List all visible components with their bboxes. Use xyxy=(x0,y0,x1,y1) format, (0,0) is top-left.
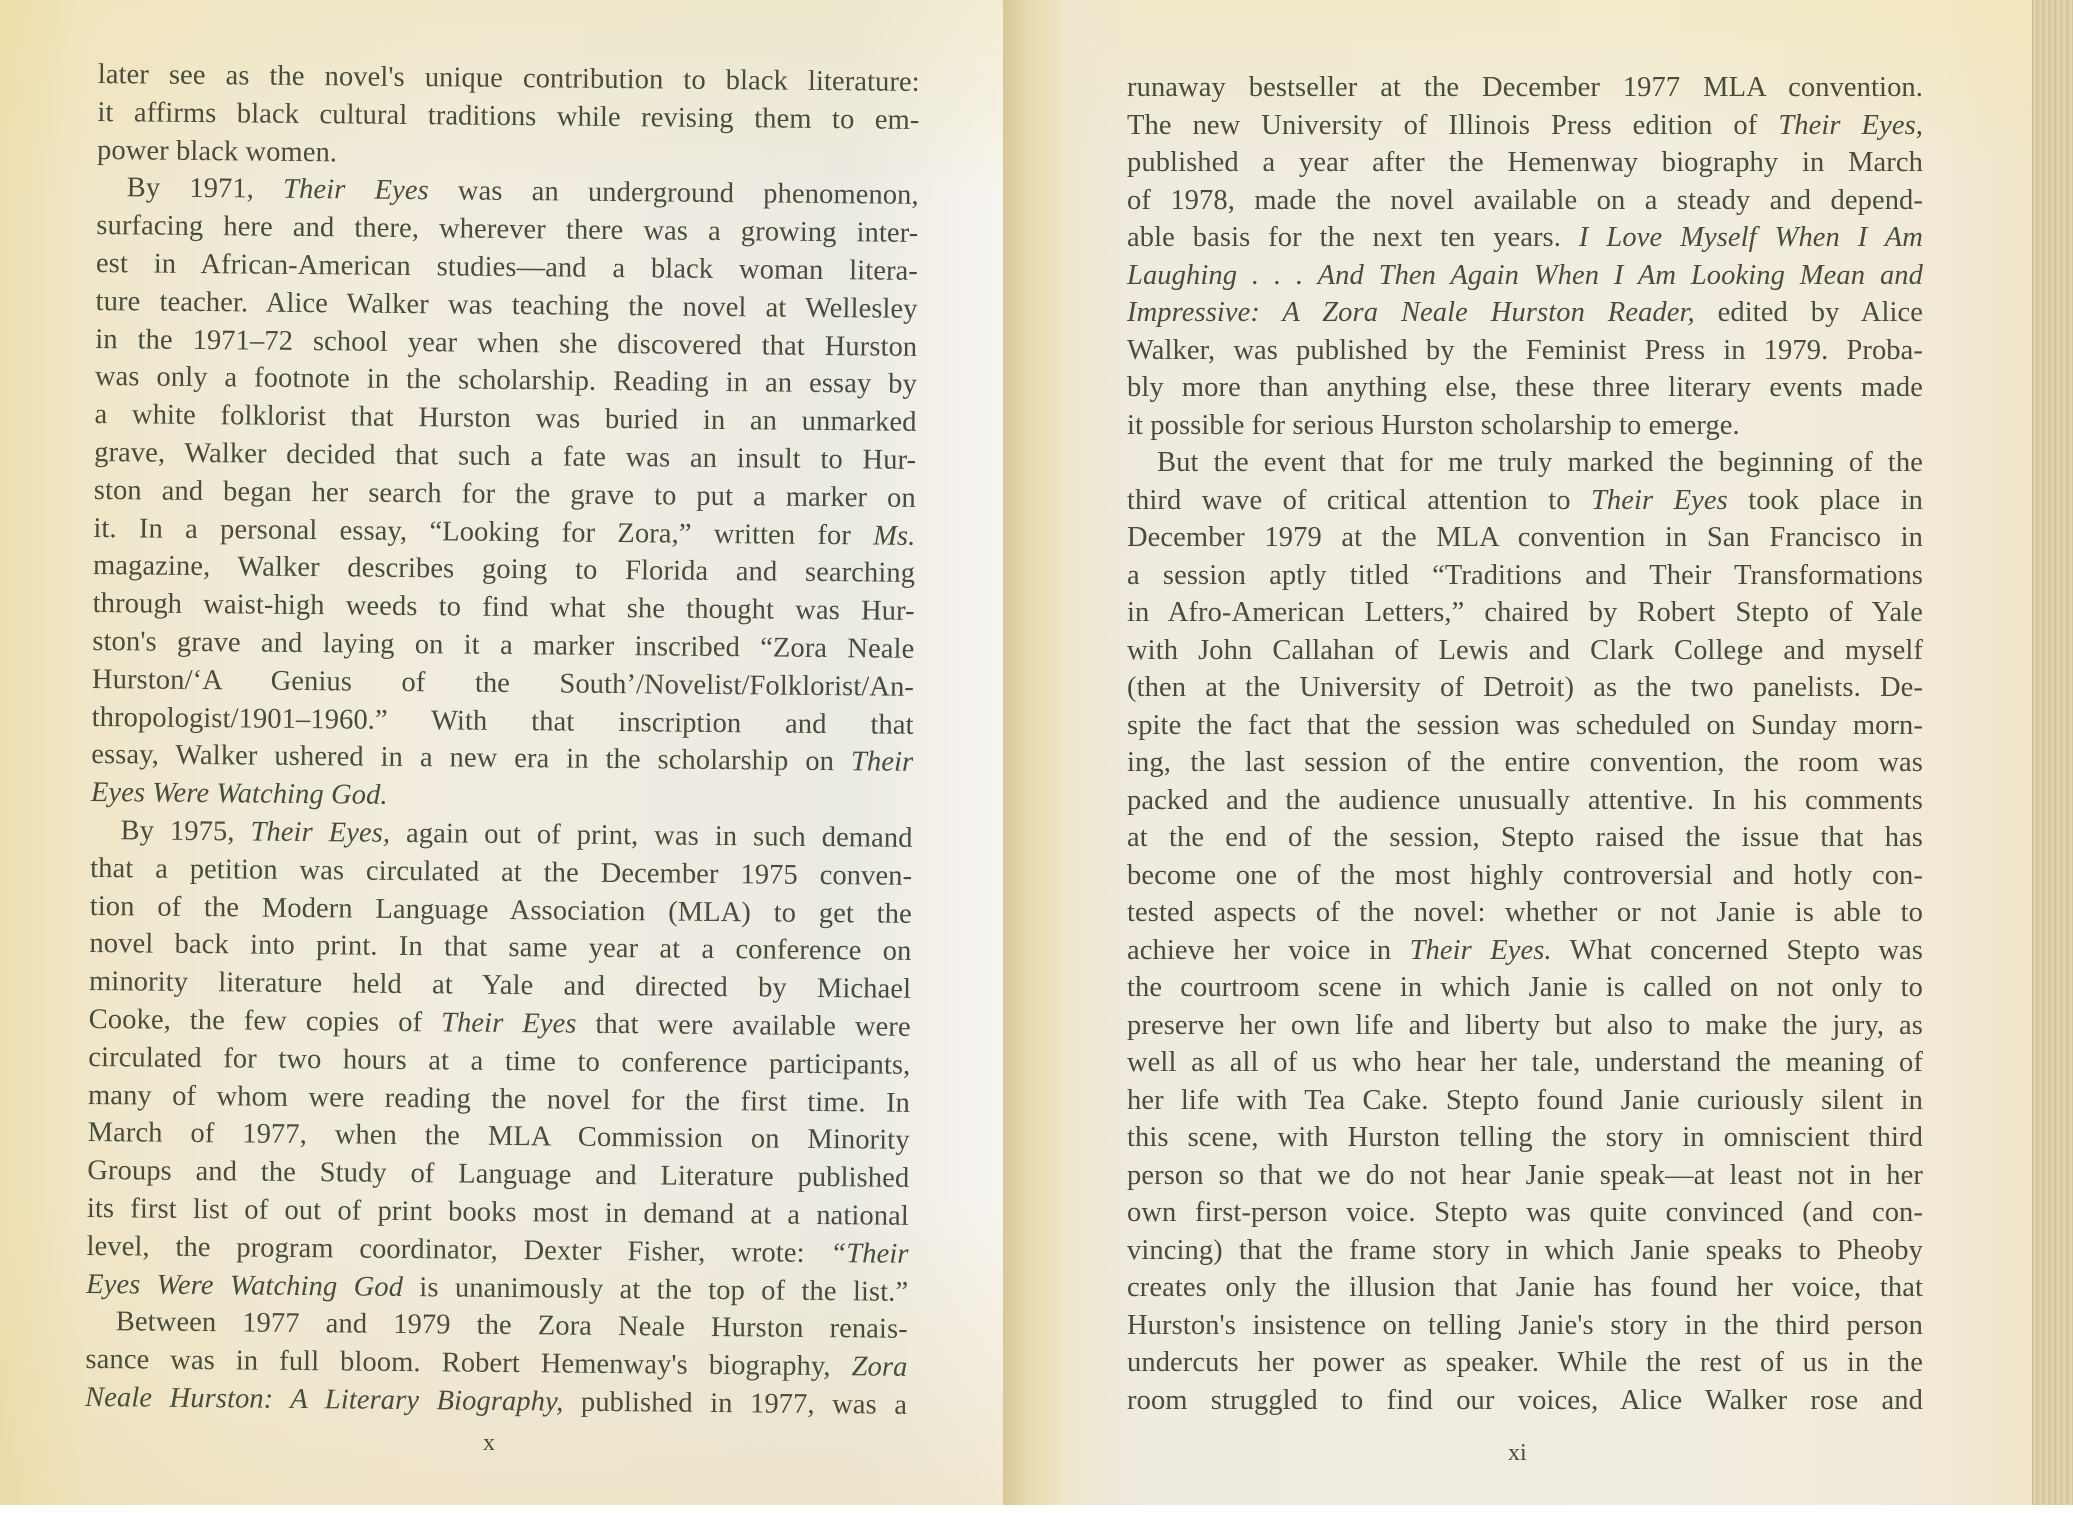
text-run: March of 1977, when the MLA Commission o… xyxy=(88,1117,910,1156)
text-run: that were available were xyxy=(576,1009,911,1043)
italic-title: Their xyxy=(851,747,914,779)
text-run: Walker, was published by the Feminist Pr… xyxy=(1127,335,1923,366)
italic-title: Their Eyes xyxy=(283,174,429,206)
text-run: spite the fact that the session was sche… xyxy=(1127,710,1923,741)
text-run: sance was in full bloom. Robert Hemenway… xyxy=(85,1344,851,1382)
text-line: packed and the audience unusually attent… xyxy=(1127,782,1923,820)
text-run: ing, the last session of the entire conv… xyxy=(1127,747,1923,778)
italic-title: Laughing . . . And Then Again When I Am … xyxy=(1127,260,1923,291)
italic-title: Eyes Were Watching God. xyxy=(91,777,388,811)
text-run: later see as the novel's unique contribu… xyxy=(98,59,920,98)
text-run: tested aspects of the novel: whether or … xyxy=(1127,897,1923,928)
italic-title: Impressive: A Zora Neale Hurston Reader, xyxy=(1127,297,1695,328)
text-run: was an underground phenomenon, xyxy=(429,176,919,212)
text-run: room struggled to find our voices, Alice… xyxy=(1127,1385,1923,1416)
text-line: the courtroom scene in which Janie is ca… xyxy=(1127,969,1923,1007)
text-line: this scene, with Hurston telling the sto… xyxy=(1127,1119,1923,1157)
text-line: Laughing . . . And Then Again When I Am … xyxy=(1127,257,1923,295)
italic-title: Their Eyes xyxy=(441,1007,577,1039)
text-run: published in 1977, was a xyxy=(563,1386,907,1420)
text-line: person so that we do not hear Janie spea… xyxy=(1127,1157,1923,1195)
text-run: ture teacher. Alice Walker was teaching … xyxy=(95,286,917,325)
text-run: the courtroom scene in which Janie is ca… xyxy=(1127,972,1923,1003)
left-page-body: later see as the novel's unique contribu… xyxy=(85,56,920,1425)
text-line: able basis for the next ten years. I Lov… xyxy=(1127,219,1923,257)
book-spread: later see as the novel's unique contribu… xyxy=(0,0,2073,1505)
text-line: bly more than anything else, these three… xyxy=(1127,369,1923,407)
right-page-number: xi xyxy=(1508,1440,1527,1467)
text-run: circulated for two hours at a time to co… xyxy=(88,1042,910,1081)
text-line: of 1978, made the novel available on a s… xyxy=(1127,182,1923,220)
italic-title: Zora xyxy=(851,1351,907,1383)
text-run: thropologist/1901–1960.” With that inscr… xyxy=(92,702,914,741)
italic-title: I Love Myself When I Am xyxy=(1579,222,1923,253)
italic-title: Eyes Were Watching God xyxy=(86,1268,403,1302)
text-line: (then at the University of Detroit) as t… xyxy=(1127,669,1923,707)
italic-title: Their Eyes. xyxy=(1410,935,1552,966)
text-line: ing, the last session of the entire conv… xyxy=(1127,744,1923,782)
text-run: a white folklorist that Hurston was buri… xyxy=(94,399,916,438)
text-line: room struggled to find our voices, Alice… xyxy=(1127,1382,1923,1420)
text-line: December 1979 at the MLA convention in S… xyxy=(1127,519,1923,557)
text-run: creates only the illusion that Janie has… xyxy=(1127,1272,1923,1303)
italic-title: Neale Hurston: A Literary Biography, xyxy=(85,1382,564,1418)
text-run: packed and the audience unusually attent… xyxy=(1127,785,1923,816)
page-fore-edge xyxy=(2032,0,2073,1505)
text-run: The new University of Illinois Press edi… xyxy=(1127,110,1778,141)
text-line: Neale Hurston: A Literary Biography, pub… xyxy=(85,1379,907,1425)
right-page-body: runaway bestseller at the December 1977 … xyxy=(1127,69,1923,1419)
text-run: through waist-high weeds to find what sh… xyxy=(93,588,915,627)
text-run: edited by Alice xyxy=(1695,297,1923,328)
text-run: third wave of critical attention to xyxy=(1127,485,1591,516)
text-run: ston's grave and laying on it a marker i… xyxy=(92,626,914,665)
text-line: But the event that for me truly marked t… xyxy=(1127,444,1923,482)
text-run: ston and began her search for the grave … xyxy=(94,475,916,514)
text-run: at the end of the session, Stepto raised… xyxy=(1127,822,1923,853)
text-run: By 1971, xyxy=(127,173,284,205)
text-line: third wave of critical attention to Thei… xyxy=(1127,482,1923,520)
text-line: her life with Tea Cake. Stepto found Jan… xyxy=(1127,1082,1923,1120)
text-line: a session aptly titled “Traditions and T… xyxy=(1127,557,1923,595)
text-run: become one of the most highly controvers… xyxy=(1127,860,1923,891)
text-run: well as all of us who hear her tale, und… xyxy=(1127,1047,1923,1078)
italic-title: Their Eyes xyxy=(1591,485,1728,516)
text-run: bly more than anything else, these three… xyxy=(1127,372,1923,403)
text-run: in Afro-American Letters,” chaired by Ro… xyxy=(1127,597,1923,628)
text-run: tion of the Modern Language Association … xyxy=(90,890,912,929)
text-line: undercuts her power as speaker. While th… xyxy=(1127,1344,1923,1382)
text-run: December 1979 at the MLA convention in S… xyxy=(1127,522,1923,553)
text-run: achieve her voice in xyxy=(1127,935,1410,966)
text-line: own first-person voice. Stepto was quite… xyxy=(1127,1194,1923,1232)
text-run: a session aptly titled “Traditions and T… xyxy=(1127,560,1923,591)
text-run: in the 1971–72 school year when she disc… xyxy=(95,324,917,363)
text-run: is unanimously at the top of the list.” xyxy=(403,1271,908,1307)
text-run: it possible for serious Hurston scholars… xyxy=(1127,410,1740,441)
text-run: But the event that for me truly marked t… xyxy=(1157,447,1923,478)
text-run: her life with Tea Cake. Stepto found Jan… xyxy=(1127,1085,1923,1116)
text-run: magazine, Walker describes going to Flor… xyxy=(93,550,915,589)
text-run: power black women. xyxy=(97,135,337,168)
italic-title: Their Eyes, xyxy=(250,816,390,848)
text-run: again out of print, was in such demand xyxy=(390,818,913,854)
text-line: spite the fact that the session was sche… xyxy=(1127,707,1923,745)
italic-title: “Their xyxy=(830,1238,909,1270)
text-run: essay, Walker ushered in a new era in th… xyxy=(91,739,851,777)
text-line: Impressive: A Zora Neale Hurston Reader,… xyxy=(1127,294,1923,332)
text-run: many of whom were reading the novel for … xyxy=(88,1079,910,1118)
text-run: What concerned Stepto was xyxy=(1552,935,1923,966)
text-run: person so that we do not hear Janie spea… xyxy=(1127,1160,1923,1191)
text-run: novel back into print. In that same year… xyxy=(89,928,911,967)
text-run: Between 1977 and 1979 the Zora Neale Hur… xyxy=(116,1307,908,1346)
text-run: By 1975, xyxy=(120,815,250,847)
text-run: est in African-American studies—and a bl… xyxy=(96,248,918,287)
text-line: it possible for serious Hurston scholars… xyxy=(1127,407,1923,445)
text-run: Groups and the Study of Language and Lit… xyxy=(87,1155,909,1194)
text-run: minority literature held at Yale and dir… xyxy=(89,966,911,1005)
text-line: preserve her own life and liberty but al… xyxy=(1127,1007,1923,1045)
text-run: took place in xyxy=(1728,485,1923,516)
text-run: of 1978, made the novel available on a s… xyxy=(1127,185,1923,216)
text-run: level, the program coordinator, Dexter F… xyxy=(86,1231,830,1269)
text-run: with John Callahan of Lewis and Clark Co… xyxy=(1127,635,1923,666)
text-run: was only a footnote in the scholarship. … xyxy=(95,361,917,400)
text-run: this scene, with Hurston telling the sto… xyxy=(1127,1122,1923,1153)
text-line: runaway bestseller at the December 1977 … xyxy=(1127,69,1923,107)
text-run: Cooke, the few copies of xyxy=(89,1004,442,1038)
text-run: published a year after the Hemenway biog… xyxy=(1127,147,1923,178)
left-page-number: x xyxy=(483,1430,495,1457)
text-run: vincing) that the frame story in which J… xyxy=(1127,1235,1923,1266)
italic-title: Ms. xyxy=(873,520,916,551)
text-line: Hurston's insistence on telling Janie's … xyxy=(1127,1307,1923,1345)
text-line: at the end of the session, Stepto raised… xyxy=(1127,819,1923,857)
text-line: vincing) that the frame story in which J… xyxy=(1127,1232,1923,1270)
text-line: in Afro-American Letters,” chaired by Ro… xyxy=(1127,594,1923,632)
text-line: Walker, was published by the Feminist Pr… xyxy=(1127,332,1923,370)
text-run: its first list of out of print books mos… xyxy=(87,1193,909,1232)
text-run: it affirms black cultural traditions whi… xyxy=(97,97,919,136)
text-run: runaway bestseller at the December 1977 … xyxy=(1127,72,1923,103)
text-run: it. In a personal essay, “Looking for Zo… xyxy=(93,513,873,551)
text-line: with John Callahan of Lewis and Clark Co… xyxy=(1127,632,1923,670)
text-line: tested aspects of the novel: whether or … xyxy=(1127,894,1923,932)
text-line: achieve her voice in Their Eyes. What co… xyxy=(1127,932,1923,970)
text-line: published a year after the Hemenway biog… xyxy=(1127,144,1923,182)
text-run: surfacing here and there, wherever there… xyxy=(96,210,918,249)
text-run: grave, Walker decided that such a fate w… xyxy=(94,437,916,476)
text-run: preserve her own life and liberty but al… xyxy=(1127,1010,1923,1041)
text-run: Hurston/‘A Genius of the South’/Novelist… xyxy=(92,664,914,703)
text-run: undercuts her power as speaker. While th… xyxy=(1127,1347,1923,1378)
text-line: well as all of us who hear her tale, und… xyxy=(1127,1044,1923,1082)
left-page: later see as the novel's unique contribu… xyxy=(0,0,1003,1505)
text-line: The new University of Illinois Press edi… xyxy=(1127,107,1923,145)
text-run: own first-person voice. Stepto was quite… xyxy=(1127,1197,1923,1228)
text-line: become one of the most highly controvers… xyxy=(1127,857,1923,895)
text-line: creates only the illusion that Janie has… xyxy=(1127,1269,1923,1307)
text-run: (then at the University of Detroit) as t… xyxy=(1127,672,1923,703)
italic-title: Their Eyes, xyxy=(1778,110,1923,141)
text-run: that a petition was circulated at the De… xyxy=(90,853,912,892)
text-run: Hurston's insistence on telling Janie's … xyxy=(1127,1310,1923,1341)
text-run: able basis for the next ten years. xyxy=(1127,222,1579,253)
